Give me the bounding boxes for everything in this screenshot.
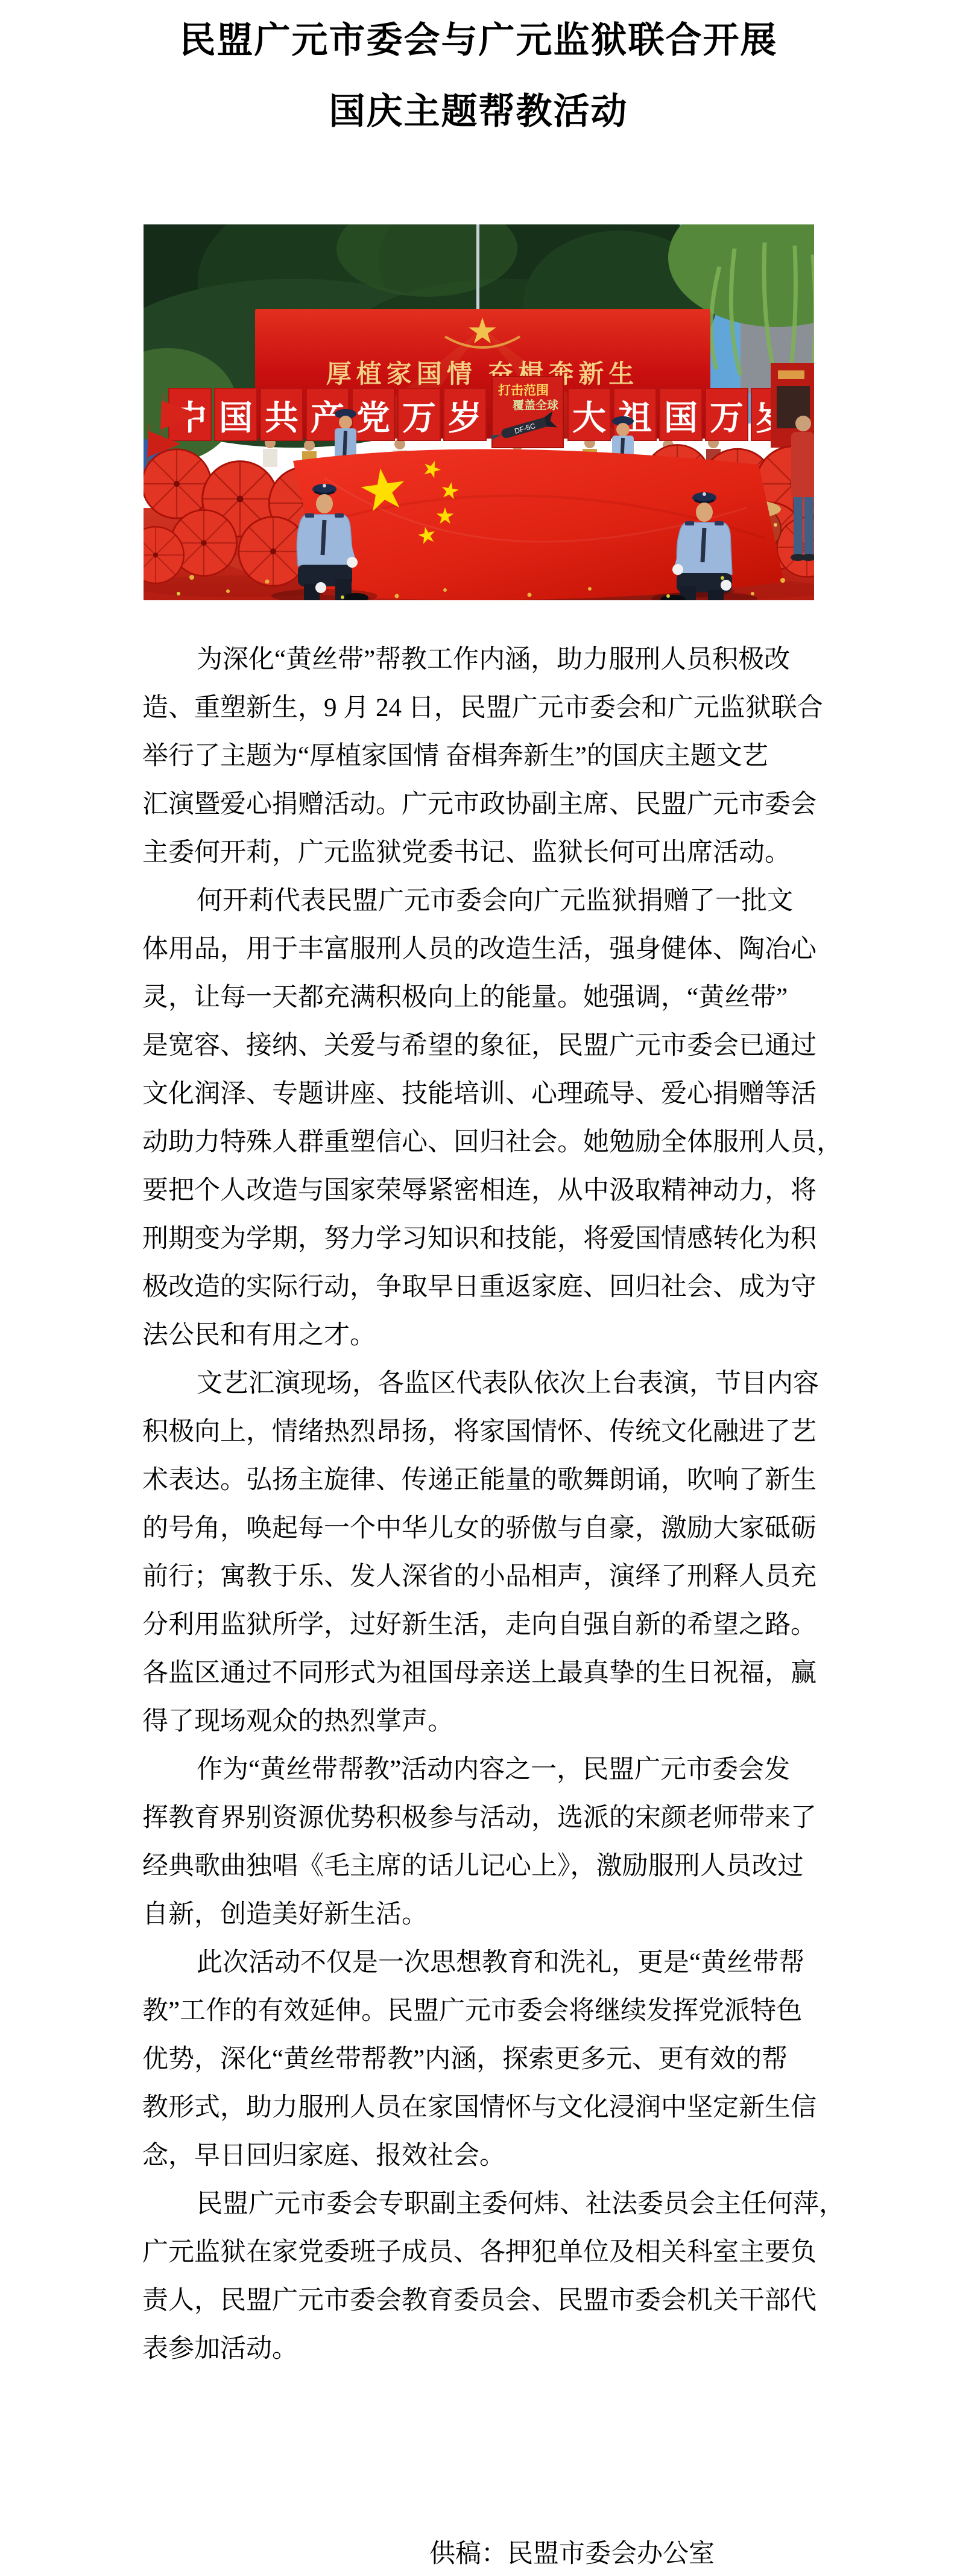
article-title-line2: 国庆主题帮教活动	[0, 76, 957, 147]
backdrop-banner-text: 厚植家国情 奋楫奔新生	[326, 360, 639, 389]
sign-char: 国	[664, 400, 698, 437]
body-text-line: 此次活动不仅是一次思想教育和洗礼，更是“黄丝带帮	[142, 1939, 824, 1987]
body-text-line: 刑期变为学期，努力学习知识和技能，将爱国情感转化为积	[142, 1215, 824, 1263]
body-text-line: 的号角，唤起每一个中华儿女的骄傲与自豪，激励大家砥砺	[142, 1505, 824, 1553]
sign-char: 岁	[448, 400, 482, 437]
body-text-line: 广元监狱在家党委班子成员、各押犯单位及相关科室主要负	[142, 2229, 824, 2277]
body-text-line: 作为“黄丝带帮教”活动内容之一，民盟广元市委会发	[142, 1746, 824, 1794]
body-text-line: 经典歌曲独唱《毛主席的话儿记心上》，激励服刑人员改过	[142, 1842, 824, 1891]
body-text-line: 体用品，用于丰富服刑人员的改造生活，强身健体、陶冶心	[142, 925, 824, 974]
body-text-line: 极改造的实际行动，争取早日重返家庭、回归社会、成为守	[142, 1263, 824, 1312]
article-title-line1: 民盟广元市委会与广元监狱联合开展	[0, 5, 957, 76]
page: 民盟广元市委会与广元监狱联合开展 国庆主题帮教活动	[0, 0, 957, 2576]
body-text-line: 灵，让每一天都充满积极向上的能量。她强调，“黄丝带”	[142, 974, 824, 1022]
article-body: 为深化“黄丝带”帮教工作内涵，助力服刑人员积极改造、重塑新生，9 月 24 日，…	[142, 636, 824, 2373]
sign-char: 共	[265, 400, 298, 437]
body-text-line: 动助力特殊人群重塑信心、回归社会。她勉励全体服刑人员，	[142, 1118, 824, 1167]
missile-sign-line1: 打击范围	[498, 383, 549, 398]
body-text-line: 术表达。弘扬主旋律、传递正能量的歌舞朗诵，吹响了新生	[142, 1456, 824, 1505]
sign-char: 万	[710, 400, 744, 437]
body-text-line: 是宽容、接纳、关爱与希望的象征，民盟广元市委会已通过	[142, 1022, 824, 1070]
body-text-line: 文艺汇演现场，各监区代表队依次上台表演，节目内容	[142, 1360, 824, 1408]
sign-char: 国	[219, 400, 253, 437]
body-text-line: 各监区通过不同形式为祖国母亲送上最真挚的生日祝福，赢	[142, 1649, 824, 1698]
sign-char: 大	[572, 400, 606, 437]
body-text-line: 造、重塑新生，9 月 24 日，民盟广元市委会和广元监狱联合	[142, 684, 824, 732]
body-text-line: 何开莉代表民盟广元市委会向广元监狱捐赠了一批文	[142, 877, 824, 925]
body-text-line: 教”工作的有效延伸。民盟广元市委会将继续发挥党派特色	[142, 1987, 824, 2035]
body-text-line: 要把个人改造与国家荣辱紧密相连，从中汲取精神动力，将	[142, 1167, 824, 1215]
sign-char: 党	[356, 400, 390, 437]
body-text-line: 为深化“黄丝带”帮教工作内涵，助力服刑人员积极改	[142, 636, 824, 684]
body-text-line: 责人，民盟广元市委会教育委员会、民盟市委会机关干部代	[142, 2277, 824, 2325]
body-text-line: 念，早日回归家庭、报效社会。	[142, 2132, 824, 2180]
body-text-line: 前行；寓教于乐、发人深省的小品相声，演绎了刑释人员充	[142, 1553, 824, 1601]
body-text-line: 得了现场观众的热烈掌声。	[142, 1698, 824, 1746]
missile-sign-line2: 覆盖全球	[513, 398, 558, 412]
spectator	[791, 416, 814, 561]
body-text-line: 举行了主题为“厚植家国情 奋楫奔新生”的国庆主题文艺	[142, 732, 824, 781]
body-text-line: 积极向上，情绪热烈昂扬，将家国情怀、传统文化融进了艺	[142, 1408, 824, 1456]
body-text-line: 优势，深化“黄丝带帮教”内涵，探索更多元、更有效的帮	[142, 2035, 824, 2084]
body-text-line: 表参加活动。	[142, 2325, 824, 2373]
body-text-line: 教形式，助力服刑人员在家国情怀与文化浸润中坚定新生信	[142, 2084, 824, 2132]
contributor-line: 供稿：民盟市委会办公室	[0, 2530, 957, 2576]
body-text-line: 自新，创造美好新生活。	[142, 1891, 824, 1939]
sign-char: 万	[402, 400, 436, 437]
body-text-line: 汇演暨爱心捐赠活动。广元市政协副主席、民盟广元市委会	[142, 781, 824, 829]
event-photo-illustration: 厚植家国情 奋楫奔新生	[144, 224, 814, 600]
body-text-line: 文化润泽、专题讲座、技能培训、心理疏导、爱心捐赠等活	[142, 1070, 824, 1118]
body-text-line: 法公民和有用之才。	[142, 1312, 824, 1360]
missile-sign: 打击范围 覆盖全球 DF-5C	[488, 376, 563, 448]
body-text-line: 主委何开莉，广元监狱党委书记、监狱长何可出席活动。	[142, 829, 824, 877]
article-title: 民盟广元市委会与广元监狱联合开展 国庆主题帮教活动	[0, 0, 957, 147]
body-text-line: 民盟广元市委会专职副主委何炜、社法委员会主任何萍，	[142, 2180, 824, 2229]
body-text-line: 挥教育界别资源优势积极参与活动，选派的宋颜老师带来了	[142, 1794, 824, 1842]
event-photo: 厚植家国情 奋楫奔新生	[144, 224, 814, 600]
body-text-line: 分利用监狱所学，过好新生活，走向自强自新的希望之路。	[142, 1601, 824, 1649]
